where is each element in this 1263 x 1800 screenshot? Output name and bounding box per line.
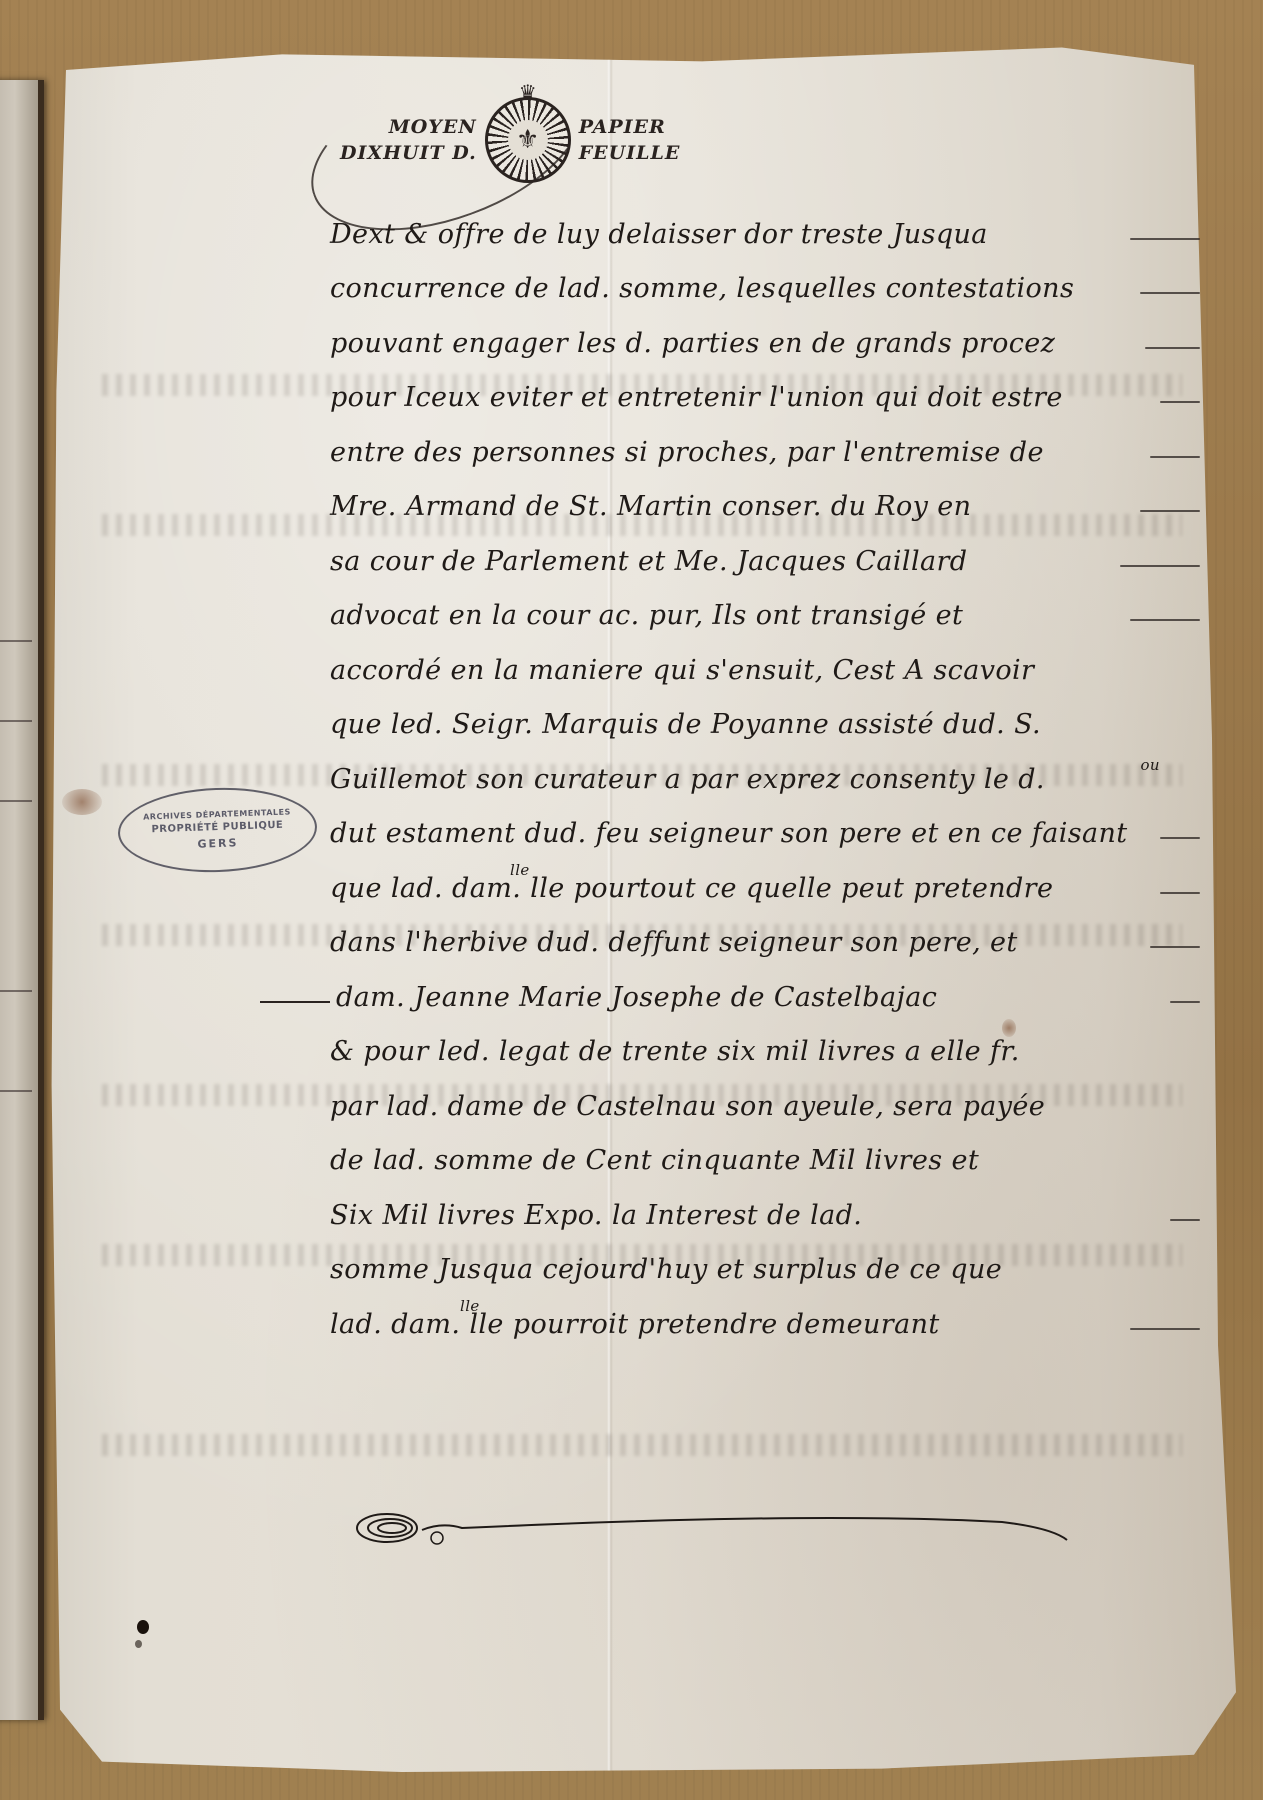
adjacent-page-ink-line [0,720,32,722]
manuscript-line: pour Iceux eviter et entretenir l'union … [330,369,1200,424]
manuscript-line: & pour led. legat de trente six mil livr… [330,1023,1200,1078]
worm-hole [135,1640,142,1648]
interlinear-note: lle [510,861,530,879]
manuscript-line: Guillemot son curateur a par exprez cons… [330,750,1200,805]
tax-stamp-moyen: MOYEN [340,114,477,140]
handwritten-text-block: Dext & offre de luy delaisser dor treste… [330,205,1200,1350]
tax-stamp-right-text: PAPIER FEUILLE [579,114,681,166]
pen-stroke [260,1001,330,1003]
manuscript-line: lad. dam. lle pourroit pretendre demeura… [330,1295,1200,1350]
adjacent-page-ink-line [0,640,32,642]
manuscript-line: que led. Seigr. Marquis de Poyanne assis… [330,696,1200,751]
tax-stamp-left-text: MOYEN DIXHUIT D. [340,114,477,166]
manuscript-line: dans l'herbive dud. deffunt seigneur son… [330,914,1200,969]
manuscript-line: accordé en la maniere qui s'ensuit, Cest… [330,641,1200,696]
manuscript-line: Mre. Armand de St. Martin conser. du Roy… [330,478,1200,533]
manuscript-line: concurrence de lad. somme, lesquelles co… [330,260,1200,315]
crown-icon: ♛ [519,80,537,104]
ink-stain [62,789,102,815]
archive-stamp-department: GERS [197,836,238,850]
manuscript-line: par lad. dame de Castelnau son ayeule, s… [330,1077,1200,1132]
manuscript-line: somme Jusqua cejourd'huy et surplus de c… [330,1241,1200,1296]
fleur-de-lis-icon: ⚜ [508,120,548,160]
archive-stamp-subtitle: PROPRIÉTÉ PUBLIQUE [151,820,283,836]
adjacent-page-edge [0,80,44,1720]
interlinear-note: lle [460,1297,480,1315]
manuscript-line: de lad. somme de Cent cinquante Mil livr… [330,1132,1200,1187]
show-through-ink [102,1434,1182,1456]
royal-seal: ♛ ⚜ [485,97,571,183]
manuscript-line: Six Mil livres Expo. la Interest de lad. [330,1186,1200,1241]
tax-stamp-header: MOYEN DIXHUIT D. ♛ ⚜ PAPIER FEUILLE [340,90,760,190]
manuscript-line: dam. Jeanne Marie Josephe de Castelbajac [260,968,1200,1023]
tax-stamp-papier: PAPIER [579,114,681,140]
manuscript-line: sa cour de Parlement et Me. Jacques Cail… [330,532,1200,587]
manuscript-line: entre des personnes si proches, par l'en… [330,423,1200,478]
closing-paraph-flourish [352,1510,1072,1550]
tax-stamp-feuille: FEUILLE [579,140,681,166]
manuscript-line: que lad. dam. lle pourtout ce quelle peu… [330,859,1200,914]
manuscript-line: pouvant engager les d. parties en de gra… [330,314,1200,369]
manuscript-line: advocat en la cour ac. pur, Ils ont tran… [330,587,1200,642]
adjacent-page-ink-line [0,800,32,802]
worm-hole [137,1620,149,1634]
tax-stamp-dixhuit: DIXHUIT D. [340,140,477,166]
manuscript-line: Dext & offre de luy delaisser dor treste… [330,205,1200,260]
adjacent-page-ink-line [0,1090,32,1092]
interlinear-note: ou [1141,756,1161,774]
manuscript-line: dut estament dud. feu seigneur son pere … [330,805,1200,860]
adjacent-page-ink-line [0,990,32,992]
